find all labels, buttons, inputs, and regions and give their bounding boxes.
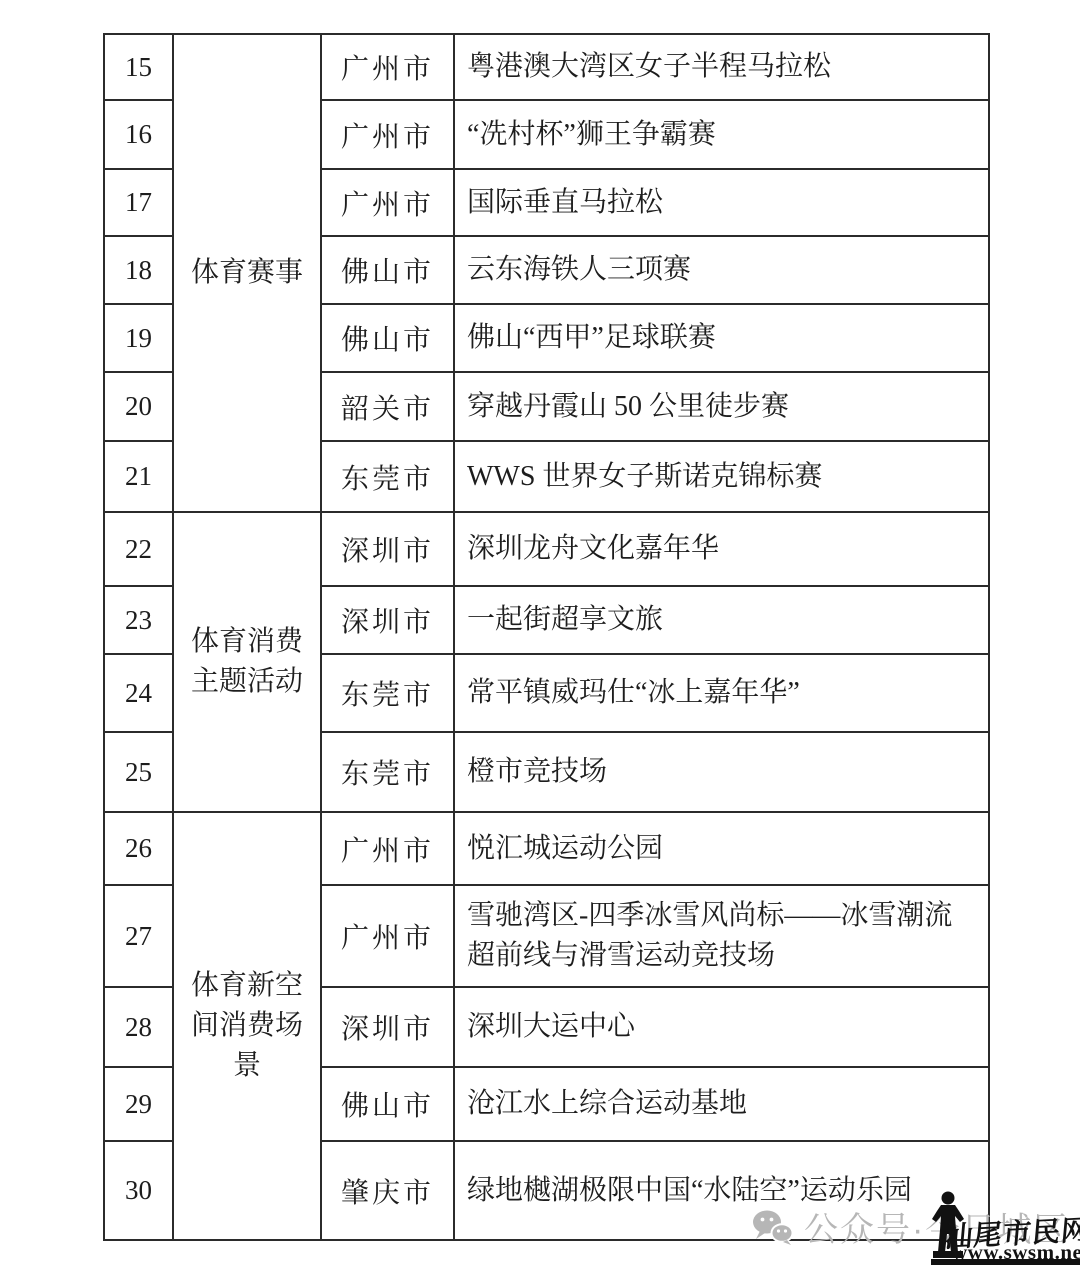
wechat-icon [752,1209,794,1245]
city-cell: 广州市 [321,885,454,987]
city-cell: 肇庆市 [321,1141,454,1240]
event-cell: 深圳龙舟文化嘉年华 [454,512,989,586]
category-label: 体育新空间消费场景 [188,966,306,1085]
site-watermark: 汕尾市民网 www.swsm.net [925,1188,1080,1266]
category-cell: 体育新空间消费场景 [173,812,321,1240]
event-cell: “冼村杯”狮王争霸赛 [454,100,989,169]
row-number: 17 [104,169,173,236]
event-cell: 云东海铁人三项赛 [454,236,989,304]
row-number: 28 [104,987,173,1067]
row-number: 22 [104,512,173,586]
row-number: 27 [104,885,173,987]
city-cell: 广州市 [321,34,454,100]
event-cell: 深圳大运中心 [454,987,989,1067]
city-cell: 广州市 [321,169,454,236]
city-cell: 佛山市 [321,236,454,304]
event-cell: 雪驰湾区-四季冰雪风尚标——冰雪潮流超前线与滑雪运动竞技场 [454,885,989,987]
site-url: www.swsm.net [952,1240,1080,1265]
city-cell: 东莞市 [321,441,454,512]
event-cell: 悦汇城运动公园 [454,812,989,885]
city-cell: 佛山市 [321,1067,454,1141]
city-cell: 广州市 [321,100,454,169]
event-cell: 一起街超享文旅 [454,586,989,654]
city-cell: 深圳市 [321,512,454,586]
city-cell: 广州市 [321,812,454,885]
table-row: 15 体育赛事 广州市 粤港澳大湾区女子半程马拉松 [104,34,989,100]
city-cell: 深圳市 [321,586,454,654]
event-cell: WWS 世界女子斯诺克锦标赛 [454,441,989,512]
city-cell: 韶关市 [321,372,454,441]
event-cell: 国际垂直马拉松 [454,169,989,236]
category-cell: 体育赛事 [173,34,321,512]
page: 15 体育赛事 广州市 粤港澳大湾区女子半程马拉松 16 广州市 “冼村杯”狮王… [0,0,1080,1266]
row-number: 20 [104,372,173,441]
events-table: 15 体育赛事 广州市 粤港澳大湾区女子半程马拉松 16 广州市 “冼村杯”狮王… [103,33,990,1241]
row-number: 23 [104,586,173,654]
row-number: 24 [104,654,173,732]
event-cell: 橙市竞技场 [454,732,989,812]
event-cell: 常平镇威玛仕“冰上嘉年华” [454,654,989,732]
event-cell: 佛山“西甲”足球联赛 [454,304,989,372]
category-label: 体育赛事 [191,253,303,293]
city-cell: 东莞市 [321,732,454,812]
event-cell: 穿越丹霞山 50 公里徒步赛 [454,372,989,441]
row-number: 29 [104,1067,173,1141]
row-number: 30 [104,1141,173,1240]
city-cell: 佛山市 [321,304,454,372]
city-cell: 东莞市 [321,654,454,732]
row-number: 18 [104,236,173,304]
row-number: 21 [104,441,173,512]
row-number: 16 [104,100,173,169]
city-cell: 深圳市 [321,987,454,1067]
category-label: 体育消费主题活动 [188,622,306,702]
table-row: 26 体育新空间消费场景 广州市 悦汇城运动公园 [104,812,989,885]
row-number: 25 [104,732,173,812]
event-cell: 沧江水上综合运动基地 [454,1067,989,1141]
row-number: 26 [104,812,173,885]
row-number: 15 [104,34,173,100]
row-number: 19 [104,304,173,372]
table-row: 22 体育消费主题活动 深圳市 深圳龙舟文化嘉年华 [104,512,989,586]
event-cell: 粤港澳大湾区女子半程马拉松 [454,34,989,100]
category-cell: 体育消费主题活动 [173,512,321,812]
